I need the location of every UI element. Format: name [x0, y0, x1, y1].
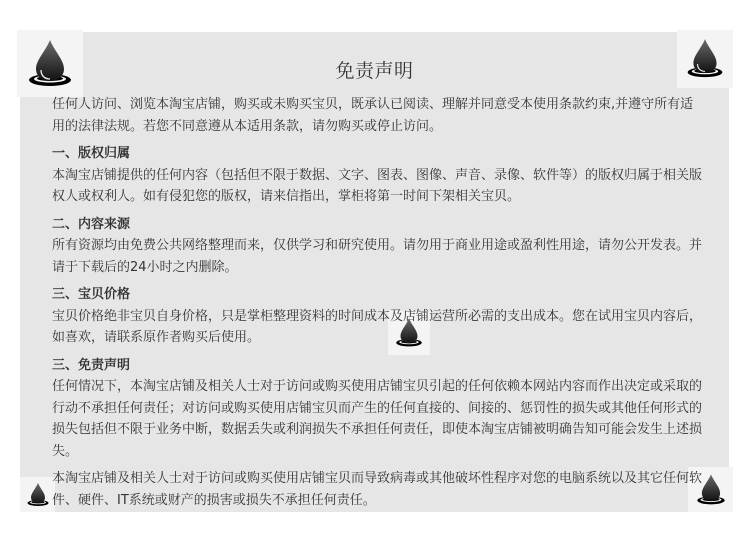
water-drop-logo-bottom-left [20, 477, 55, 512]
section-heading-copyright: 一、版权归属 [52, 143, 702, 165]
section-body-price: 宝贝价格绝非宝贝自身价格，只是掌柜整理资料的时间成本及店铺运营所必需的支出成本。… [52, 306, 702, 349]
section-heading-source: 二、内容来源 [52, 214, 702, 236]
section-heading-disclaimer: 三、免责声明 [52, 355, 702, 377]
section-body-disclaimer: 任何情况下，本淘宝店铺及相关人士对于访问或购买使用店铺宝贝引起的任何依赖本网站内… [52, 376, 702, 462]
section-heading-price: 三、宝贝价格 [52, 284, 702, 306]
section-body-source: 所有资源均由免费公共网络整理而来，仅供学习和研究使用。请勿用于商业用途或盈利性用… [52, 235, 702, 278]
section-body-copyright: 本淘宝店铺提供的任何内容（包括但不限于数据、文字、图表、图像、声音、录像、软件等… [52, 165, 702, 208]
water-drop-icon [26, 482, 50, 508]
intro-paragraph: 任何人访问、浏览本淘宝店铺，购买或未购买宝贝，既承认已阅读、理解并同意受本使用条… [52, 94, 702, 137]
page-title: 免责声明 [0, 56, 749, 83]
closing-paragraph: 本淘宝店铺及相关人士对于访问或购买使用店铺宝贝而导致病毒或其他破坏性程序对您的电… [52, 468, 702, 511]
disclaimer-content: 任何人访问、浏览本淘宝店铺，购买或未购买宝贝，既承认已阅读、理解并同意受本使用条… [52, 94, 702, 511]
